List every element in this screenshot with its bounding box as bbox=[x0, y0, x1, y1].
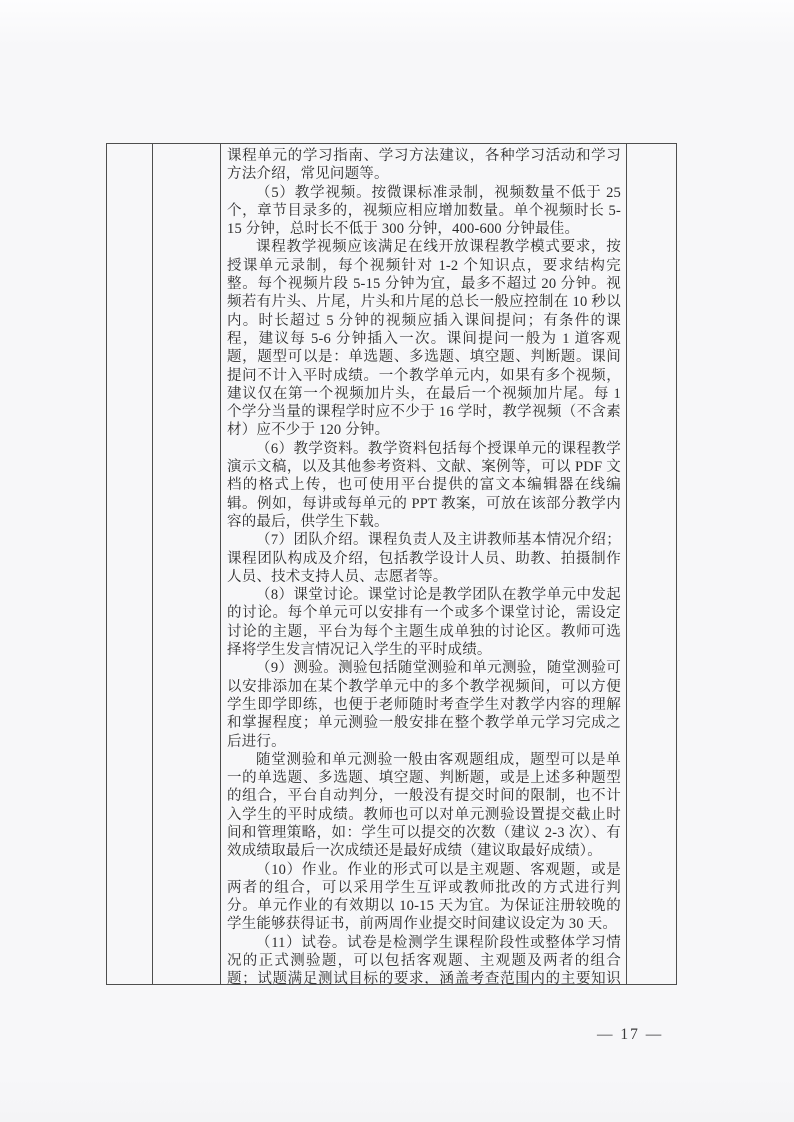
document-table: 课程单元的学习指南、学习方法建议，各种学习活动和学习方法介绍，常见问题等。（5）… bbox=[106, 143, 677, 985]
paragraph: （7）团队介绍。课程负责人及主讲教师基本情况介绍；课程团队构成及介绍，包括教学设… bbox=[227, 531, 621, 586]
paragraph: （8）课堂讨论。课堂讨论是教学团队在教学单元中发起的讨论。每个单元可以安排有一个… bbox=[227, 586, 621, 659]
paragraph: 课程单元的学习指南、学习方法建议，各种学习活动和学习方法介绍，常见问题等。 bbox=[227, 147, 621, 184]
table-cell-content: 课程单元的学习指南、学习方法建议，各种学习活动和学习方法介绍，常见问题等。（5）… bbox=[221, 144, 627, 984]
page-number: — 17 — bbox=[597, 1026, 687, 1044]
paragraph: （10）作业。作业的形式可以是主观题、客观题，或是两者的组合，可以采用学生互评或… bbox=[227, 861, 621, 934]
table-column-empty-left-1 bbox=[107, 144, 153, 984]
scanned-page: 课程单元的学习指南、学习方法建议，各种学习活动和学习方法介绍，常见问题等。（5）… bbox=[0, 0, 794, 1122]
paragraph: （11）试卷。试卷是检测学生课程阶段性或整体学习情况的正式测验题，可以包括客观题… bbox=[227, 934, 621, 984]
table-column-empty-left-2 bbox=[153, 144, 221, 984]
paragraph: （5）教学视频。按微课标准录制，视频数量不低于 25 个，章节目录多的，视频应相… bbox=[227, 184, 621, 239]
table-column-empty-right bbox=[627, 144, 676, 984]
paragraph: 课程教学视频应该满足在线开放课程教学模式要求，按授课单元录制，每个视频针对 1-… bbox=[227, 238, 621, 439]
paragraph: （9）测验。测验包括随堂测验和单元测验，随堂测验可以安排添加在某个教学单元中的多… bbox=[227, 659, 621, 750]
paragraph: 随堂测验和单元测验一般由客观题组成，题型可以是单一的单选题、多选题、填空题、判断… bbox=[227, 751, 621, 861]
paragraph: （6）教学资料。教学资料包括每个授课单元的课程教学演示文稿，以及其他参考资料、文… bbox=[227, 440, 621, 531]
